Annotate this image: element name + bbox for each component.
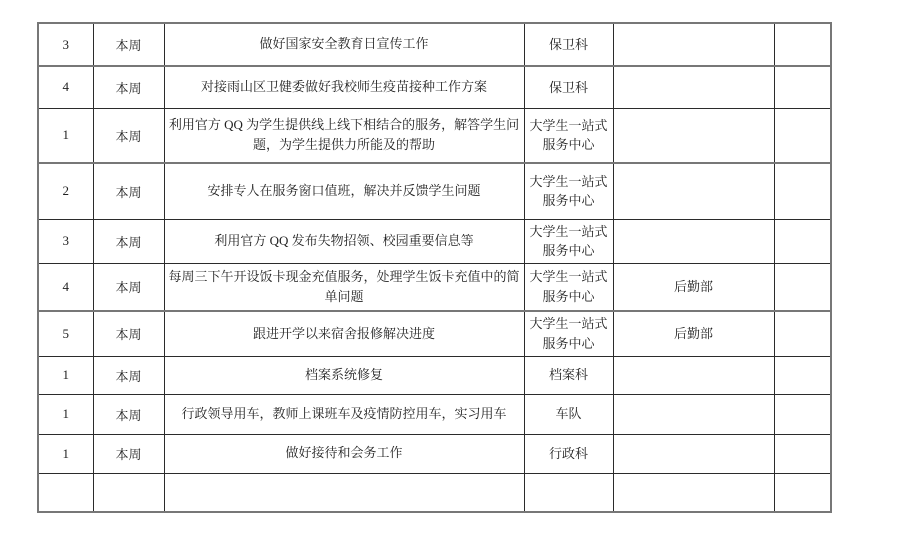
weekly-task-table: 3本周做好国家安全教育日宣传工作保卫科4本周对接雨山区卫健委做好我校师生疫苗接种… (37, 22, 832, 513)
cell-note (774, 394, 831, 434)
task-table-body: 3本周做好国家安全教育日宣传工作保卫科4本周对接雨山区卫健委做好我校师生疫苗接种… (38, 23, 831, 512)
cell-co_department (613, 219, 774, 263)
cell-department: 档案科 (524, 356, 613, 394)
cell-co_department (613, 434, 774, 473)
table-row: 3本周利用官方 QQ 发布失物招领、校园重要信息等大学生一站式服务中心 (38, 219, 831, 263)
cell-department: 大学生一站式服务中心 (524, 311, 613, 356)
cell-task: 利用官方 QQ 为学生提供线上线下相结合的服务，解答学生问题，为学生提供力所能及… (164, 108, 524, 163)
cell-index (38, 473, 93, 512)
cell-index: 4 (38, 263, 93, 311)
cell-task: 安排专人在服务窗口值班，解决并反馈学生问题 (164, 163, 524, 219)
cell-co_department: 后勤部 (613, 263, 774, 311)
cell-period: 本周 (93, 23, 164, 66)
cell-note (774, 473, 831, 512)
cell-co_department (613, 23, 774, 66)
cell-period: 本周 (93, 394, 164, 434)
cell-period: 本周 (93, 163, 164, 219)
cell-department: 保卫科 (524, 23, 613, 66)
cell-department: 行政科 (524, 434, 613, 473)
cell-task (164, 473, 524, 512)
table-row: 5本周跟进开学以来宿舍报修解决进度大学生一站式服务中心后勤部 (38, 311, 831, 356)
cell-period: 本周 (93, 66, 164, 108)
cell-co_department (613, 108, 774, 163)
cell-note (774, 219, 831, 263)
cell-department: 大学生一站式服务中心 (524, 163, 613, 219)
cell-period (93, 473, 164, 512)
cell-task: 对接雨山区卫健委做好我校师生疫苗接种工作方案 (164, 66, 524, 108)
table-row: 4本周每周三下午开设饭卡现金充值服务，处理学生饭卡充值中的简单问题大学生一站式服… (38, 263, 831, 311)
table-row (38, 473, 831, 512)
cell-department (524, 473, 613, 512)
cell-period: 本周 (93, 356, 164, 394)
cell-note (774, 434, 831, 473)
cell-note (774, 108, 831, 163)
cell-note (774, 263, 831, 311)
cell-co_department (613, 66, 774, 108)
cell-index: 1 (38, 356, 93, 394)
cell-index: 1 (38, 394, 93, 434)
cell-task: 做好国家安全教育日宣传工作 (164, 23, 524, 66)
cell-note (774, 311, 831, 356)
cell-period: 本周 (93, 263, 164, 311)
cell-index: 5 (38, 311, 93, 356)
cell-period: 本周 (93, 311, 164, 356)
cell-task: 跟进开学以来宿舍报修解决进度 (164, 311, 524, 356)
cell-task: 档案系统修复 (164, 356, 524, 394)
cell-task: 做好接待和会务工作 (164, 434, 524, 473)
cell-note (774, 23, 831, 66)
cell-department: 保卫科 (524, 66, 613, 108)
cell-period: 本周 (93, 108, 164, 163)
table-row: 1本周行政领导用车，教师上课班车及疫情防控用车，实习用车车队 (38, 394, 831, 434)
cell-co_department: 后勤部 (613, 311, 774, 356)
cell-note (774, 66, 831, 108)
cell-department: 大学生一站式服务中心 (524, 219, 613, 263)
table-row: 4本周对接雨山区卫健委做好我校师生疫苗接种工作方案保卫科 (38, 66, 831, 108)
cell-task: 利用官方 QQ 发布失物招领、校园重要信息等 (164, 219, 524, 263)
cell-department: 车队 (524, 394, 613, 434)
table-row: 1本周做好接待和会务工作行政科 (38, 434, 831, 473)
cell-note (774, 356, 831, 394)
cell-period: 本周 (93, 434, 164, 473)
table-row: 3本周做好国家安全教育日宣传工作保卫科 (38, 23, 831, 66)
cell-index: 1 (38, 108, 93, 163)
cell-index: 3 (38, 219, 93, 263)
cell-index: 1 (38, 434, 93, 473)
cell-department: 大学生一站式服务中心 (524, 108, 613, 163)
cell-note (774, 163, 831, 219)
cell-task: 每周三下午开设饭卡现金充值服务，处理学生饭卡充值中的简单问题 (164, 263, 524, 311)
cell-co_department (613, 394, 774, 434)
cell-period: 本周 (93, 219, 164, 263)
cell-index: 3 (38, 23, 93, 66)
cell-co_department (613, 473, 774, 512)
cell-task: 行政领导用车，教师上课班车及疫情防控用车，实习用车 (164, 394, 524, 434)
cell-index: 2 (38, 163, 93, 219)
table-row: 2本周安排专人在服务窗口值班，解决并反馈学生问题大学生一站式服务中心 (38, 163, 831, 219)
cell-index: 4 (38, 66, 93, 108)
cell-co_department (613, 163, 774, 219)
cell-co_department (613, 356, 774, 394)
cell-department: 大学生一站式服务中心 (524, 263, 613, 311)
table-row: 1本周档案系统修复档案科 (38, 356, 831, 394)
table-row: 1本周利用官方 QQ 为学生提供线上线下相结合的服务，解答学生问题，为学生提供力… (38, 108, 831, 163)
document-page: 3本周做好国家安全教育日宣传工作保卫科4本周对接雨山区卫健委做好我校师生疫苗接种… (0, 0, 902, 543)
